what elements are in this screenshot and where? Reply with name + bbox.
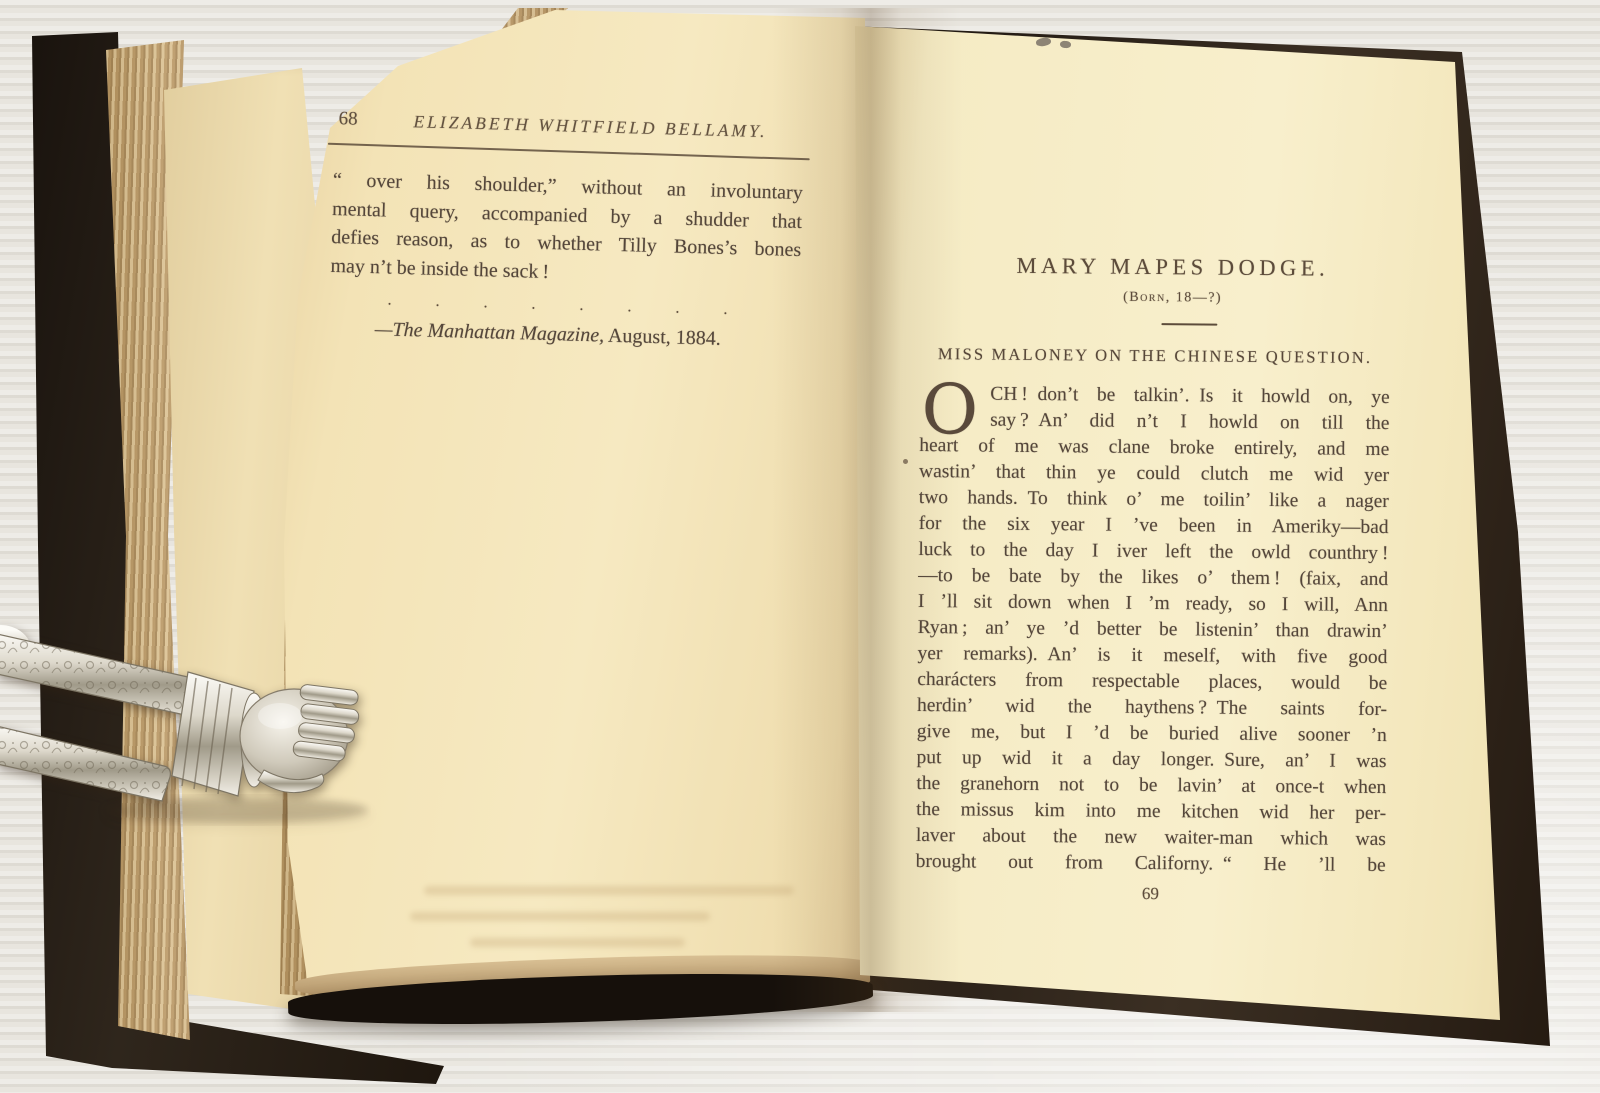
birth-note: (Born, 18—?)	[955, 287, 1391, 309]
header-rule	[328, 143, 810, 161]
drop-cap: O	[919, 381, 990, 434]
left-paragraph: “ over his shoulder,” without an involun…	[330, 166, 803, 293]
title-rule	[1161, 323, 1217, 325]
body-lines: CH ! don’t be talkin’. Is it howld on, y…	[916, 381, 1390, 879]
left-page-content: 68 ELIZABETH WHITFIELD BELLAMY. “ over h…	[328, 106, 804, 355]
text-line: put up wid it a day longer. Sure, an’ I …	[916, 745, 1386, 775]
show-through-text	[400, 886, 820, 964]
hand-clasp-bookmark-icon	[0, 598, 371, 838]
show-through-line	[470, 938, 685, 947]
show-through-line	[410, 912, 710, 921]
text-line: charácters from respectable places, woul…	[917, 667, 1387, 697]
text-line: the granehorn not to be lavin’ at once-t…	[916, 771, 1386, 801]
text-line: CH ! don’t be talkin’. Is it howld on, y…	[920, 381, 1390, 411]
show-through-line	[424, 886, 794, 895]
ink-speck	[903, 459, 908, 464]
text-line: herdin’ wid the haythens ? The saints fo…	[917, 693, 1387, 723]
bookmark-band-bottom	[0, 724, 170, 801]
text-line: —to be bate by the likes o’ them ! (faix…	[918, 563, 1388, 593]
text-line: laver about the new waiter-man which was	[916, 823, 1386, 853]
text-line: brought out from Californy. “ He ’ll be	[916, 849, 1386, 879]
text-line: I ’ll sit down when I ’m ready, so I wil…	[918, 589, 1388, 619]
text-line: luck to the day I iver left the owld cou…	[918, 537, 1388, 567]
text-line: for the six year I ’ve been in Ameriky—b…	[919, 511, 1389, 541]
attribution-source: —The Manhattan Magazine,	[374, 318, 604, 346]
text-line: the missus kim into me kitchen wid her p…	[916, 797, 1386, 827]
text-line: heart of me was clane broke entirely, an…	[919, 433, 1389, 463]
bookmark-shadow	[104, 797, 368, 823]
text-line: yer remarks). An’ is it meself, with fiv…	[917, 641, 1387, 671]
page-number: 69	[915, 880, 1385, 908]
chapter-title: MARY MAPES DODGE.	[955, 252, 1391, 282]
book-photo: 68 ELIZABETH WHITFIELD BELLAMY. “ over h…	[0, 0, 1600, 1093]
attribution-date: August, 1884.	[604, 325, 721, 350]
text-line: wastin’ that thin ye could clutch me wid…	[919, 459, 1389, 489]
paper-speck	[1060, 41, 1072, 49]
section-heading: MISS MALONEY ON THE CHINESE QUESTION.	[920, 343, 1390, 369]
body-paragraph: O CH ! don’t be talkin’. Is it howld on,…	[916, 381, 1390, 879]
text-line: Ryan ; an’ ye ’d better be listenin’ tha…	[918, 615, 1388, 645]
text-line: two hands. To think o’ me toilin’ like a…	[919, 485, 1389, 515]
text-line: give me, but I ’d be buried alive sooner…	[917, 719, 1387, 749]
right-page-content: MARY MAPES DODGE. (Born, 18—?) MISS MALO…	[915, 252, 1391, 908]
page-number: 68	[338, 106, 358, 133]
text-line: say ? An’ did n’t I howld on till the	[919, 407, 1389, 437]
